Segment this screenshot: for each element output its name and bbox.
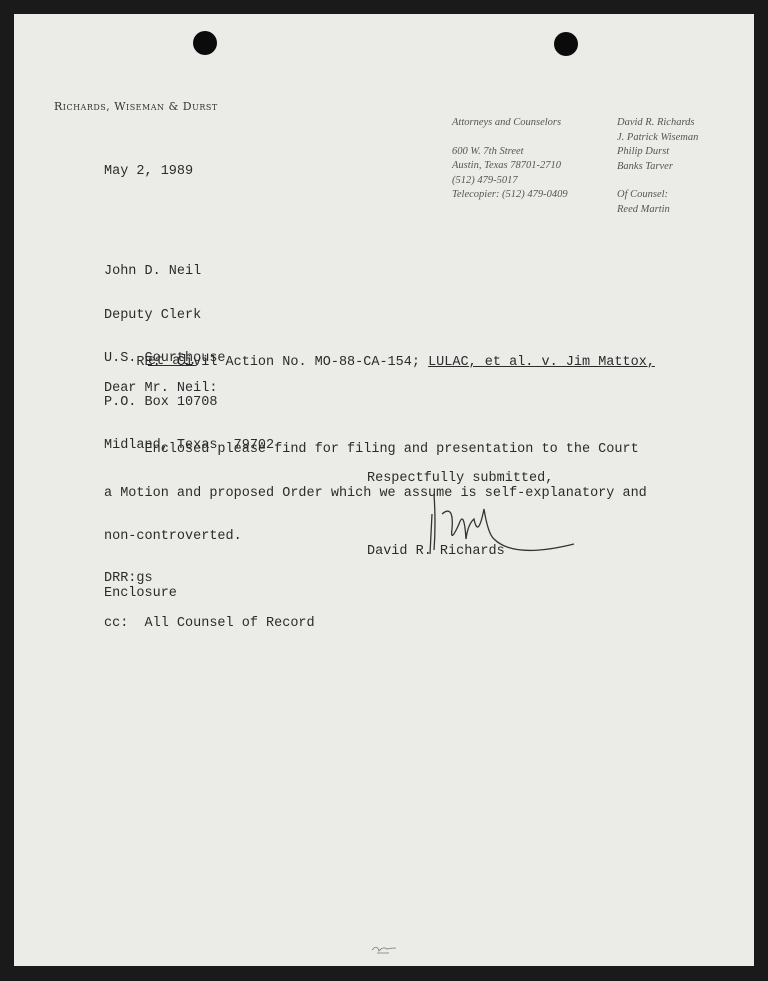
letter-date: May 2, 1989 <box>104 165 193 180</box>
salutation: Dear Mr. Neil: <box>104 382 217 397</box>
initials: DRR:gs <box>104 572 153 587</box>
partners-list: David R. Richards J. Patrick Wiseman Phi… <box>617 116 698 217</box>
firm-tagline: Attorneys and Counselors <box>452 116 568 131</box>
cc-line: cc: All Counsel of Record <box>104 617 315 632</box>
recipient-line: Deputy Clerk <box>104 309 274 324</box>
of-counsel-name: Reed Martin <box>617 203 698 218</box>
partner-name: Banks Tarver <box>617 160 698 175</box>
enclosure-note: Enclosure <box>104 587 177 602</box>
recipient-line: P.O. Box 10708 <box>104 396 274 411</box>
punch-hole <box>193 31 217 55</box>
firm-address-block: Attorneys and Counselors 600 W. 7th Stre… <box>452 116 568 203</box>
re-line-continued: et al. <box>148 355 197 370</box>
punch-hole <box>554 32 578 56</box>
of-counsel-label: Of Counsel: <box>617 188 698 203</box>
case-number: Civil Action No. MO-88-CA-154; <box>177 355 420 370</box>
address-line: Austin, Texas 78701-2710 <box>452 159 568 174</box>
partner-name: Philip Durst <box>617 145 698 160</box>
recipient-line: John D. Neil <box>104 265 274 280</box>
case-name: LULAC, et al. v. Jim Mattox, <box>428 355 655 370</box>
case-name-continued: et al. <box>148 354 197 369</box>
address-line: 600 W. 7th Street <box>452 145 568 160</box>
address-line: Telecopier: (512) 479-0409 <box>452 188 568 203</box>
body-line: Enclosed please find for filing and pres… <box>104 443 647 458</box>
partner-name: J. Patrick Wiseman <box>617 131 698 146</box>
signer-name: David R. Richards <box>367 545 505 560</box>
address-line: (512) 479-5017 <box>452 174 568 189</box>
letter-page: Richards, Wiseman & Durst Attorneys and … <box>14 14 754 966</box>
firm-name: Richards, Wiseman & Durst <box>54 100 218 113</box>
partner-name: David R. Richards <box>617 116 698 131</box>
archive-stamp-icon <box>369 942 399 956</box>
